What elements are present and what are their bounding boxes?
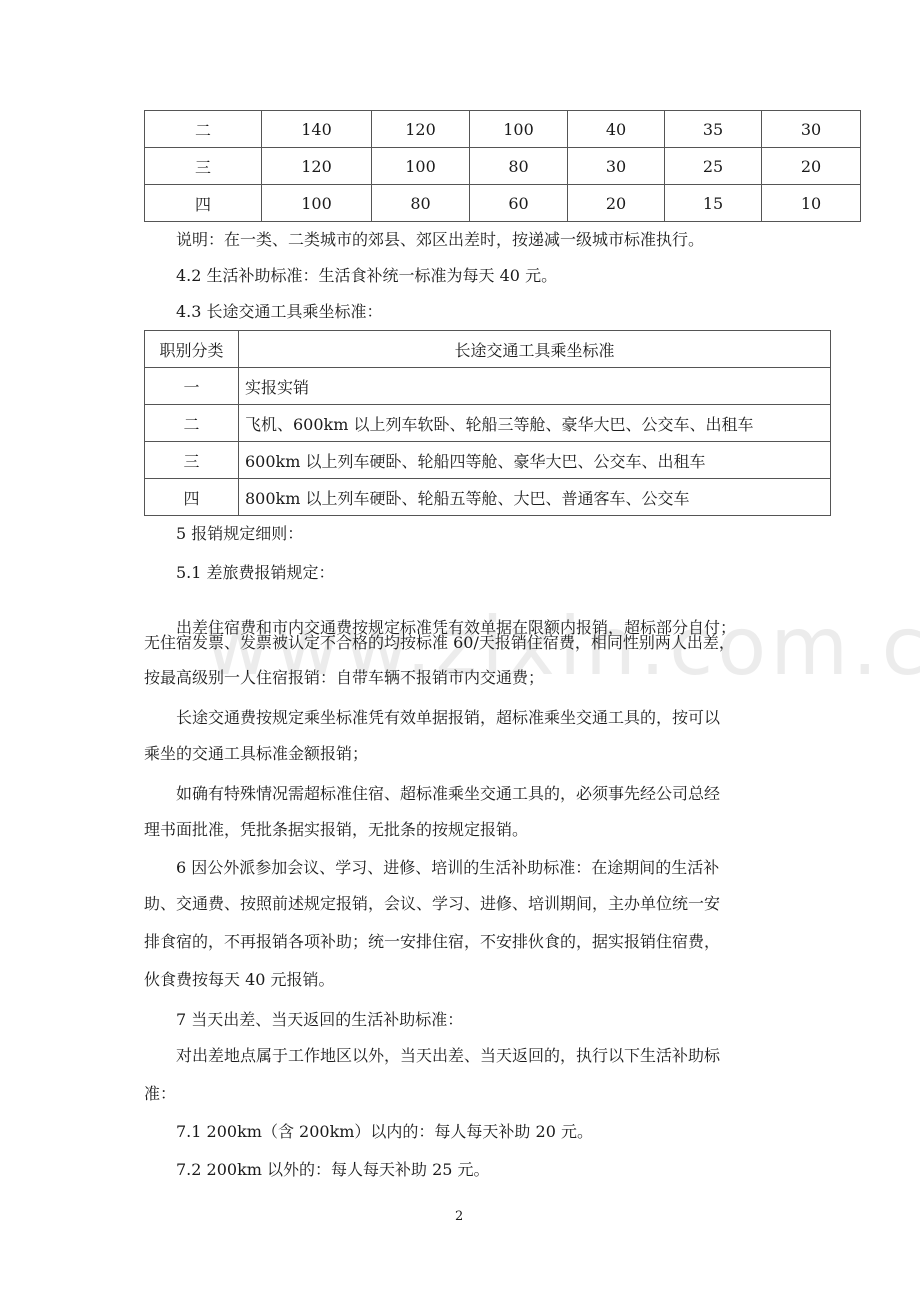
table-cell: 10: [762, 185, 861, 222]
table-cell: 600km 以上列车硬卧、轮船四等舱、豪华大巴、公交车、出租车: [239, 442, 831, 479]
table-cell: 四: [145, 479, 239, 516]
table-cell: 飞机、600km 以上列车软卧、轮船三等舱、豪华大巴、公交车、出租车: [239, 405, 831, 442]
header-cell: 职别分类: [145, 331, 239, 368]
paragraph-line: 按最高级别一人住宿报销：自带车辆不报销市内交通费；: [144, 668, 544, 688]
table-header-row: 职别分类 长途交通工具乘坐标准: [145, 331, 831, 368]
table-cell: 四: [145, 185, 262, 222]
section-4-2: 4.2 生活补助标准：生活食补统一标准为每天 40 元。: [176, 266, 557, 286]
table-row: 四 100 80 60 20 15 10: [145, 185, 861, 222]
item-7-1: 7.1 200km（含 200km）以内的：每人每天补助 20 元。: [176, 1122, 593, 1142]
table-row: 三 120 100 80 30 25 20: [145, 148, 861, 185]
heading-5-1: 5.1 差旅费报销规定：: [176, 563, 335, 583]
city-rate-table: 二 140 120 100 40 35 30 三 120 100 80 30 2…: [144, 110, 861, 222]
paragraph-line: 伙食费按每天 40 元报销。: [144, 970, 335, 990]
table-cell: 35: [665, 111, 762, 148]
section-4-3: 4.3 长途交通工具乘坐标准：: [176, 302, 383, 322]
paragraph-line: 排食宿的，不再报销各项补助；统一安排住宿，不安排伙食的，据实报销住宿费，: [144, 932, 720, 952]
table-cell: 100: [262, 185, 372, 222]
table-cell: 120: [262, 148, 372, 185]
table-cell: 100: [372, 148, 470, 185]
paragraph-line: 乘坐的交通工具标准金额报销；: [144, 744, 368, 764]
heading-7: 7 当天出差、当天返回的生活补助标准：: [176, 1010, 463, 1030]
table-cell: 三: [145, 442, 239, 479]
table-cell: 二: [145, 111, 262, 148]
table-cell: 25: [665, 148, 762, 185]
transport-standard-table: 职别分类 长途交通工具乘坐标准 一 实报实销 二 飞机、600km 以上列车软卧…: [144, 330, 831, 516]
page-number: 2: [455, 1209, 463, 1224]
table-row: 二 140 120 100 40 35 30: [145, 111, 861, 148]
table-cell: 800km 以上列车硬卧、轮船五等舱、大巴、普通客车、公交车: [239, 479, 831, 516]
paragraph-line: 准：: [144, 1084, 176, 1104]
paragraph-line: 无住宿发票、发票被认定不合格的均按标准 60/天报销住宿费，相同性别两人出差，: [144, 633, 735, 653]
table-row: 四 800km 以上列车硬卧、轮船五等舱、大巴、普通客车、公交车: [145, 479, 831, 516]
table-cell: 20: [568, 185, 665, 222]
paragraph-line: 对出差地点属于工作地区以外，当天出差、当天返回的，执行以下生活补助标: [176, 1046, 720, 1066]
table-cell: 40: [568, 111, 665, 148]
paragraph-line: 理书面批准，凭批条据实报销，无批条的按规定报销。: [144, 820, 528, 840]
table-cell: 80: [470, 148, 568, 185]
table-row: 三 600km 以上列车硬卧、轮船四等舱、豪华大巴、公交车、出租车: [145, 442, 831, 479]
paragraph-line: 如确有特殊情况需超标准住宿、超标准乘坐交通工具的，必须事先经公司总经: [176, 784, 720, 804]
heading-5: 5 报销规定细则：: [176, 524, 303, 544]
table-row: 一 实报实销: [145, 368, 831, 405]
table-cell: 60: [470, 185, 568, 222]
table-cell: 100: [470, 111, 568, 148]
document-page: 二 140 120 100 40 35 30 三 120 100 80 30 2…: [0, 0, 920, 1302]
table-row: 二 飞机、600km 以上列车软卧、轮船三等舱、豪华大巴、公交车、出租车: [145, 405, 831, 442]
table-cell: 二: [145, 405, 239, 442]
table-note: 说明：在一类、二类城市的郊县、郊区出差时，按递减一级城市标准执行。: [176, 230, 704, 250]
heading-6: 6 因公外派参加会议、学习、进修、培训的生活补助标准：在途期间的生活补: [176, 858, 719, 878]
table-cell: 三: [145, 148, 262, 185]
table-cell: 15: [665, 185, 762, 222]
paragraph-line: 长途交通费按规定乘坐标准凭有效单据报销，超标准乘坐交通工具的，按可以: [176, 708, 720, 728]
table-cell: 120: [372, 111, 470, 148]
table-cell: 20: [762, 148, 861, 185]
table-cell: 80: [372, 185, 470, 222]
table-cell: 实报实销: [239, 368, 831, 405]
header-cell: 长途交通工具乘坐标准: [239, 331, 831, 368]
table-cell: 140: [262, 111, 372, 148]
table-cell: 30: [762, 111, 861, 148]
table-cell: 30: [568, 148, 665, 185]
item-7-2: 7.2 200km 以外的：每人每天补助 25 元。: [176, 1160, 490, 1180]
paragraph-line: 助、交通费、按照前述规定报销，会议、学习、进修、培训期间，主办单位统一安: [144, 894, 720, 914]
table-cell: 一: [145, 368, 239, 405]
